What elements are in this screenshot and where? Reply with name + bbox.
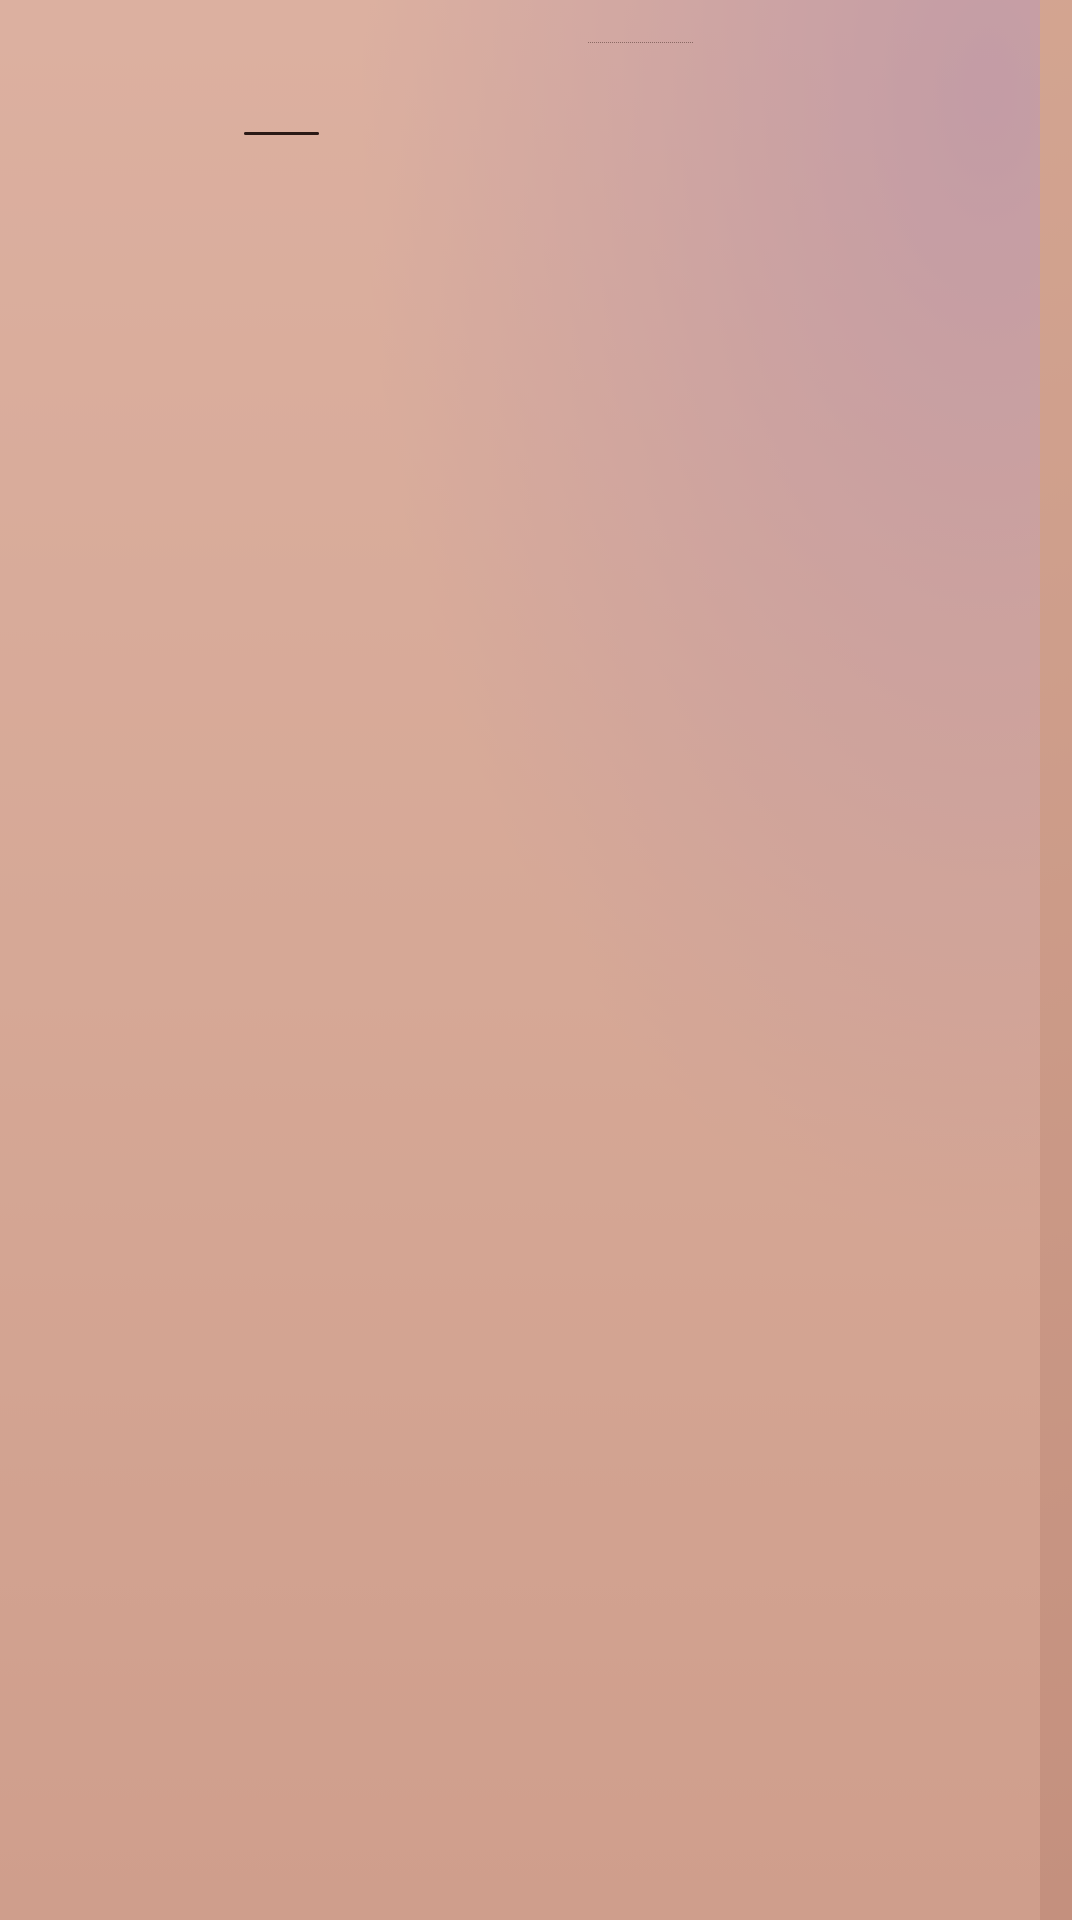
place-rule — [244, 132, 319, 135]
register-page — [0, 0, 1040, 1920]
bleed-through-stamp — [0, 1180, 560, 1230]
record-number-dots — [588, 42, 693, 43]
